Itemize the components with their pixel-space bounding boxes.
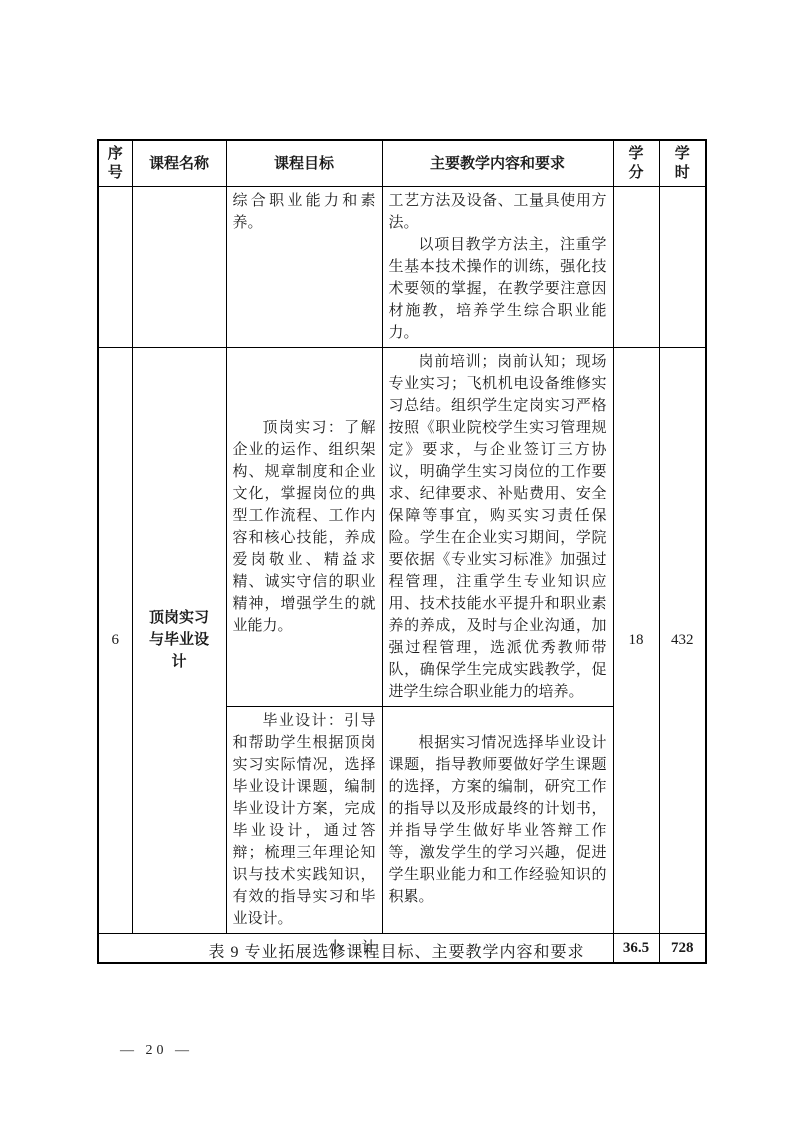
table-header-row: 序号 课程名称 课程目标 主要教学内容和要求 学分 学时 [98,140,706,186]
cell-thesis-content: 根据实习情况选择毕业设计课题，指导教师要做好学生课题的选择，方案的编制，研究工作… [382,706,613,933]
cell-content-continuation: 工艺方法及设备、工量具使用方法。 以项目教学方法主，注重学生基本技术操作的训练，… [382,186,613,347]
cell-hours: 432 [659,347,706,933]
header-cell-no: 序号 [98,140,132,186]
cell-credits: 18 [613,347,659,933]
header-label-content: 主要教学内容和要求 [430,155,565,172]
header-label-no: 序号 [106,144,124,182]
cell-internship-content: 岗前培训；岗前认知；现场专业实习；飞机机电设备维修实习总结。组织学生定岗实习严格… [382,347,613,706]
table-caption: 表 9 专业拓展选修课程目标、主要教学内容和要求 [0,941,793,965]
header-cell-credits: 学分 [613,140,659,186]
objectives-paragraph: 顶岗实习：了解企业的运作、组织架构、规章制度和企业文化，掌握岗位的典型工作流程、… [233,417,376,637]
cell-course-name-empty [132,186,226,347]
content-paragraph: 根据实习情况选择毕业设计课题，指导教师要做好学生课题的选择，方案的编制，研究工作… [389,732,607,908]
cell-hours-empty [659,186,706,347]
cell-thesis-objective: 毕业设计：引导和帮助学生根据顶岗实习实际情况，选择毕业设计课题，编制毕业设计方案… [226,706,382,933]
cell-course-name: 顶岗实习与毕业设计 [132,347,226,933]
course-name-label: 顶岗实习与毕业设计 [146,607,212,673]
content-paragraph: 岗前培训；岗前认知；现场专业实习；飞机机电设备维修实习总结。组织学生定岗实习严格… [389,351,607,703]
cell-internship-objective: 顶岗实习：了解企业的运作、组织架构、规章制度和企业文化，掌握岗位的典型工作流程、… [226,347,382,706]
header-label-course-name: 课程名称 [149,155,209,172]
cell-credits-empty [613,186,659,347]
content-paragraph: 工艺方法及设备、工量具使用方法。 [389,190,607,234]
header-label-credits: 学分 [627,144,645,182]
objectives-paragraph: 综合职业能力和素养。 [233,190,376,234]
table-row-internship: 6 顶岗实习与毕业设计 顶岗实习：了解企业的运作、组织架构、规章制度和企业文化，… [98,347,706,706]
header-label-hours: 学时 [673,144,691,182]
cell-row-number: 6 [98,347,132,933]
cell-no-empty [98,186,132,347]
header-cell-hours: 学时 [659,140,706,186]
header-cell-objectives: 课程目标 [226,140,382,186]
document-page: 序号 课程名称 课程目标 主要教学内容和要求 学分 学时 综合职业能力和素养。 … [0,0,793,1122]
page-number: — 20 — [120,1043,193,1059]
header-cell-content: 主要教学内容和要求 [382,140,613,186]
table-row-continuation: 综合职业能力和素养。 工艺方法及设备、工量具使用方法。 以项目教学方法主，注重学… [98,186,706,347]
header-cell-course-name: 课程名称 [132,140,226,186]
header-label-objectives: 课程目标 [274,155,334,172]
content-paragraph: 以项目教学方法主，注重学生基本技术操作的训练，强化技术要领的掌握，在教学要注意因… [389,234,607,344]
cell-objectives-continuation: 综合职业能力和素养。 [226,186,382,347]
objectives-paragraph: 毕业设计：引导和帮助学生根据顶岗实习实际情况，选择毕业设计课题，编制毕业设计方案… [233,710,376,930]
course-table: 序号 课程名称 课程目标 主要教学内容和要求 学分 学时 综合职业能力和素养。 … [97,139,707,964]
